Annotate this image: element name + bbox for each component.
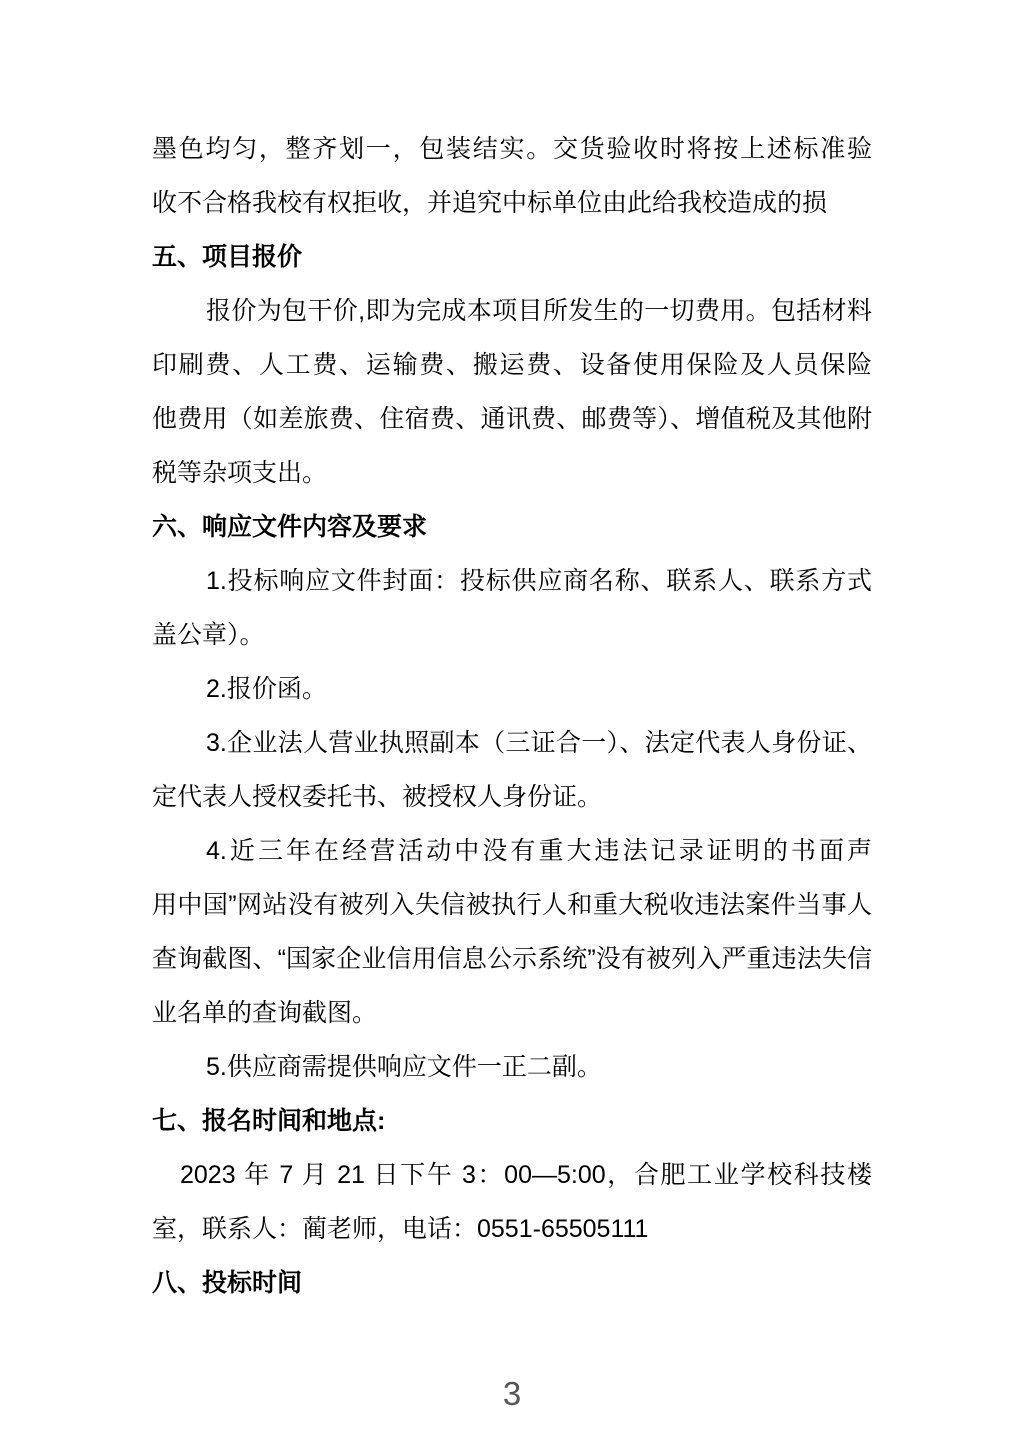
section-heading: 八、投标时间 [152, 1256, 872, 1310]
text-line: 收不合格我校有权拒收，并追究中标单位由此给我校造成的损失。 [152, 176, 872, 230]
text-line: 用中国”网站没有被列入失信被执行人和重大税收违法案件当事人的 [152, 878, 872, 932]
text-line: 他费用（如差旅费、住宿费、通讯费、邮费等）、增值税及其他附加 [152, 392, 872, 446]
text-line: 印刷费、人工费、运输费、搬运费、设备使用保险及人员保险费、其 [152, 338, 872, 392]
text-line: 定代表人授权委托书、被授权人身份证。 [152, 770, 872, 824]
text-line: 3.企业法人营业执照副本（三证合一）、法定代表人身份证、法 [152, 716, 872, 770]
text-line: 5.供应商需提供响应文件一正二副。 [152, 1040, 872, 1094]
text-line: 业名单的查询截图。 [152, 986, 872, 1040]
text-line: 税等杂项支出。 [152, 446, 872, 500]
text-line: 盖公章）。 [152, 608, 872, 662]
section-heading: 五、项目报价 [152, 230, 872, 284]
section-heading: 七、报名时间和地点: [152, 1094, 872, 1148]
text-line: 查询截图、“国家企业信用信息公示系统”没有被列入严重违法失信企 [152, 932, 872, 986]
text-line: 墨色均匀，整齐划一，包装结实。交货验收时将按上述标准验收，验 [152, 122, 872, 176]
text-line: 报价为包干价,即为完成本项目所发生的一切费用。包括材料费、 [152, 284, 872, 338]
text-line: 4.近三年在经营活动中没有重大违法记录证明的书面声明、“信 [152, 824, 872, 878]
text-line: 1.投标响应文件封面：投标供应商名称、联系人、联系方式（加 [152, 554, 872, 608]
text-line: 室，联系人：蔺老师，电话：0551-65505111 [152, 1202, 872, 1256]
text-line: 2023 年 7 月 21 日下午 3：00—5:00，合肥工业学校科技楼 70… [152, 1148, 872, 1202]
text-line: 2.报价函。 [152, 662, 872, 716]
section-heading: 六、响应文件内容及要求 [152, 500, 872, 554]
page-number: 3 [0, 1372, 1024, 1416]
document-body: 墨色均匀，整齐划一，包装结实。交货验收时将按上述标准验收，验收不合格我校有权拒收… [152, 122, 872, 1310]
